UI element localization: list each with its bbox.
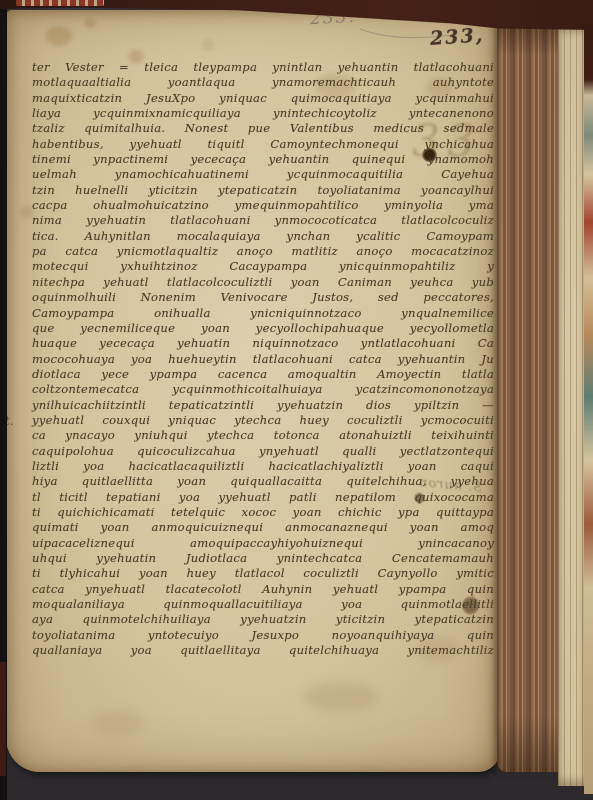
- foxing-stain: [304, 682, 378, 712]
- manuscript-line: coltzontemecatca ycquinmothicoitalhuiaya…: [32, 382, 494, 397]
- manuscript-line: liaya ycquinmixnamicquiliaya ynintechico…: [32, 106, 494, 121]
- manuscript-line: tica. Auhynitlan mocalaquiaya ynchan yca…: [32, 229, 494, 244]
- manuscript-line: hiya quitlaellitta yoan quiquallacaitta …: [32, 474, 494, 489]
- manuscript-line: yyehuatl couxqui yniquac ytechca huey co…: [32, 413, 494, 428]
- manuscript-line: huaque yececaça yehuatin niquinnotzaco y…: [32, 336, 494, 351]
- page-number-ink: 233,: [429, 24, 485, 50]
- cover-marbled-edge: [584, 0, 593, 794]
- manuscript-line: nitechpa yehuatl tlatlacolcoculiztli yoa…: [32, 275, 494, 290]
- manuscript-line: catca ynyehuatl tlacatecolotl Auhynin ye…: [32, 582, 494, 597]
- manuscript-line: tzaliz quimitalhuia. Nonest pue Valentib…: [32, 121, 494, 136]
- manuscript-line: nima yyehuatin tlatlacohuani ynmococotic…: [32, 213, 494, 228]
- manuscript-line: uelmah ynamochicahuatinemi ycquinmocaqui…: [32, 167, 494, 182]
- manuscript-line: moqualaniliaya quinmoquallacuitiliaya yo…: [32, 597, 494, 612]
- cover-edge-red: [0, 662, 6, 776]
- manuscript-line: ca ynacayo yniuhqui ytechca totonca aton…: [32, 428, 494, 443]
- manuscript-line: aya quinmotelchihuiliaya yyehuatzin ytic…: [32, 612, 494, 627]
- manuscript-line: cacpa ohualmohuicatzino ymequinmopahtili…: [32, 198, 494, 213]
- manuscript-line: tinemi ynpactinemi yececaça yehuantin qu…: [32, 152, 494, 167]
- manuscript-line: liztli yoa hacicatlacaquiliztli hacicatl…: [32, 459, 494, 474]
- manuscript-line: diotlaca yece ypampa cacenca amoqualtin …: [32, 367, 494, 382]
- manuscript-line: pa catca ynicmotlaqualtiz anoço matlitiz…: [32, 244, 494, 259]
- manuscript-line: ti quichichicamati tetelquic xococ yoan …: [32, 505, 494, 520]
- manuscript-line: motlaquaaltialia yoantlaqua ynamoremacht…: [32, 75, 494, 90]
- manuscript-line: quimati yoan anmoquicuiznequi anmocanazn…: [32, 520, 494, 535]
- manuscript-line: tl ticitl tepatiani yoa yyehuatl patli n…: [32, 490, 494, 505]
- manuscript-line: mococohuaya yoa huehueytin tlatlacohuani…: [32, 352, 494, 367]
- manuscript-line: oquinmolhuili Nonenim Venivocare Justos,…: [32, 290, 494, 305]
- manuscript-text: ter Vester = tleica tleypampa ynintlan y…: [32, 60, 494, 658]
- manuscript-line: ti tlyhicahui yoan huey tlatlacol coculi…: [32, 566, 494, 581]
- manuscript-line: uhqui yyehuatin Judiotlaca ynintechcatca…: [32, 551, 494, 566]
- manuscript-line: maquixticatzin JesuXpo yniquac quimocaqu…: [32, 91, 494, 106]
- foxing-stain: [92, 710, 144, 736]
- foxing-stain: [46, 26, 72, 46]
- manuscript-line: caquipolohua quicoculizcahua ynyehuatl q…: [32, 444, 494, 459]
- manuscript-line: toyoliatanima yntotecuiyo Jesuxpo noyoan…: [32, 628, 494, 643]
- manuscript-line: ter Vester = tleica tleypampa ynintlan y…: [32, 60, 494, 75]
- book-headband: [16, 0, 104, 6]
- manuscript-line: que yecnemiliceque yoan yecyollochipahua…: [32, 321, 494, 336]
- underlying-page-edge: [558, 26, 586, 786]
- foxing-stain: [202, 40, 214, 50]
- manuscript-line: habentibus, yyehuatl tiquitl Camoyntechm…: [32, 137, 494, 152]
- manuscript-line: uipacaceliznequi amoquipaccayhiyohuizneq…: [32, 536, 494, 551]
- book-fore-edge: [497, 20, 561, 772]
- manuscript-line: motecqui yxhuihtzinoz Cacaypampa ynicqui…: [32, 259, 494, 274]
- manuscript-line: tzin huelnelli yticitzin ytepaticatzin t…: [32, 183, 494, 198]
- manuscript-line: quallaniaya yoa quitlaellitaya quitelchi…: [32, 643, 494, 658]
- manuscript-photo: 233. 233, 33 t. S. huron ter Vester = tl…: [0, 0, 593, 800]
- manuscript-page: 233. 233, 33 t. S. huron ter Vester = tl…: [6, 10, 500, 772]
- foxing-stain: [84, 18, 96, 28]
- manuscript-line: Camoypampa onihualla ynicniquinnotzaco y…: [32, 306, 494, 321]
- manuscript-line: ynilhuicachiitzintli tepaticatzintli yye…: [32, 398, 494, 413]
